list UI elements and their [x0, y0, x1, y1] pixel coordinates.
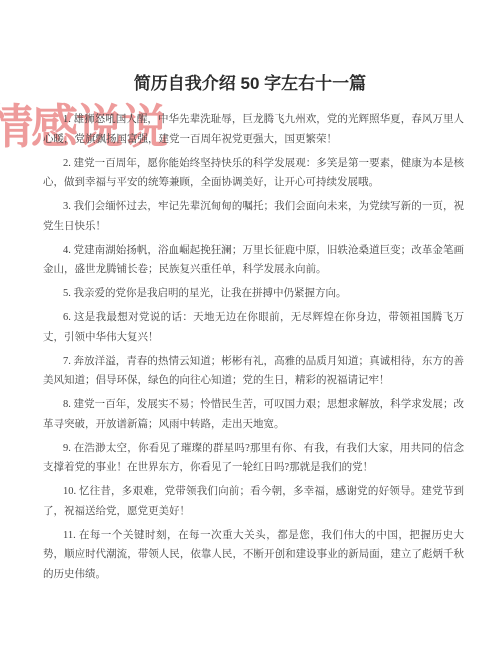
- paragraph: 5. 我亲爱的党你是我启明的星光，让我在拼搏中仍紧握方向。: [43, 284, 464, 304]
- paragraph: 11. 在每一个关键时刻，在每一次重大关头，都是您，我们伟大的中国，把握历史大势…: [43, 526, 464, 585]
- paragraph: 1. 雄狮怒吼国人醒，中华先辈洗耻辱，巨龙腾飞九州欢，党的光辉照华夏，春风万里人…: [43, 110, 464, 149]
- paragraph: 7. 奔放洋溢，青春的热情云知道；彬彬有礼，高雅的品质月知道；真诚相待，东方的善…: [43, 352, 464, 391]
- paragraph: 3. 我们会缅怀过去，牢记先辈沉甸甸的嘱托；我们会面向未来，为党续写新的一页，祝…: [43, 197, 464, 236]
- paragraph: 2. 建党一百周年，愿你能始终坚持快乐的科学发展观：多笑是第一要素，健康为本是核…: [43, 154, 464, 193]
- paragraph: 10. 忆往昔，多艰难，党带领我们向前；看今朝，多幸福，感谢党的好领导。建党节到…: [43, 482, 464, 521]
- document-body: 1. 雄狮怒吼国人醒，中华先辈洗耻辱，巨龙腾飞九州欢，党的光辉照华夏，春风万里人…: [0, 110, 500, 584]
- paragraph: 4. 党建南湖始扬帆，浴血崛起挽狂澜；万里长征鹿中原，旧轶沧桑道巨变；改革金笔画…: [43, 241, 464, 280]
- paragraph: 9. 在浩渺太空，你看见了璀璨的群星吗?那里有你、有我，有我们大家，用共同的信念…: [43, 439, 464, 478]
- paragraph: 8. 建党一百年，发展实不易；怜惜民生苦，可叹国力艰；思想求解放，科学求发展；改…: [43, 395, 464, 434]
- paragraph: 6. 这是我最想对党说的话：天地无边在你眼前，无尽辉煌在你身边，带领祖国腾飞万丈…: [43, 308, 464, 347]
- document-page: 情感说说 简历自我介绍 50 字左右十一篇 1. 雄狮怒吼国人醒，中华先辈洗耻辱…: [0, 0, 500, 647]
- page-title: 简历自我介绍 50 字左右十一篇: [0, 0, 500, 96]
